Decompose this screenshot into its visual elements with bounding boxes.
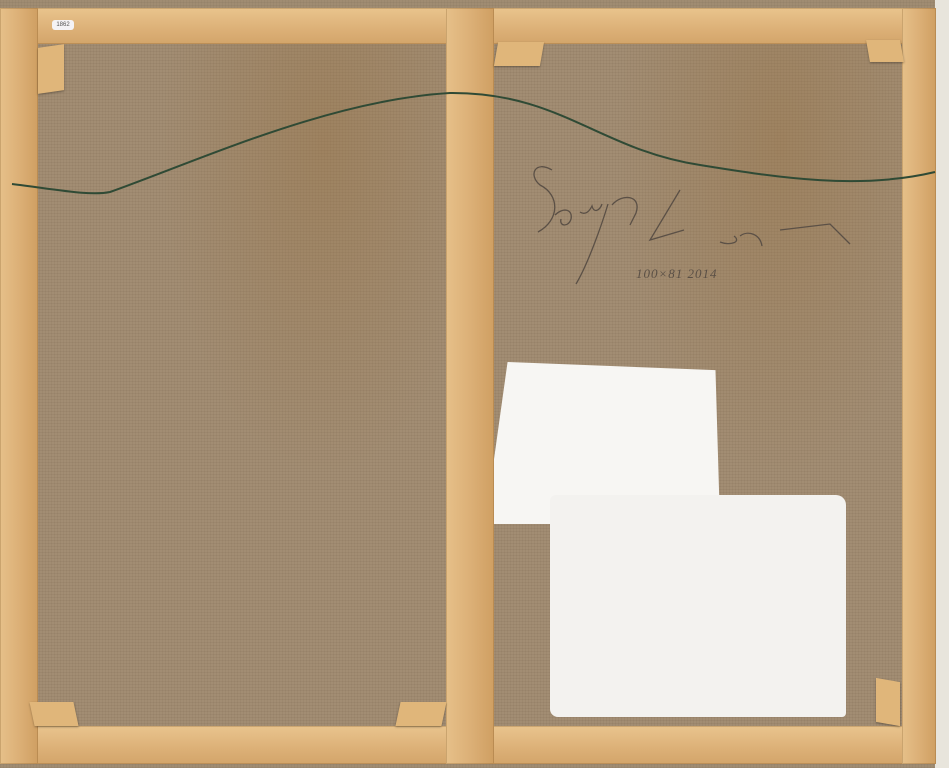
hanging-wire: [0, 0, 949, 768]
dimensions-date-inscription: 100×81 2014: [636, 266, 718, 282]
canvas-back-photo: 1862 100×81 2014: [0, 0, 949, 768]
